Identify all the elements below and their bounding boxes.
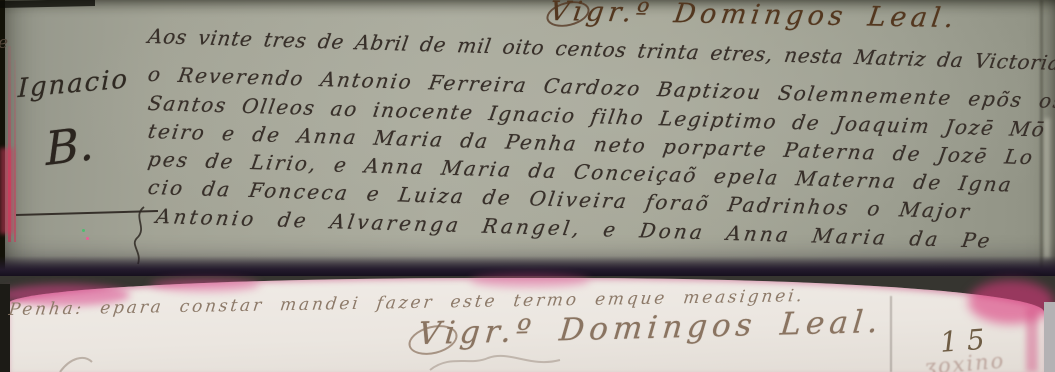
scan-artifact-speck (82, 229, 85, 232)
pink-edge-stain-3 (470, 274, 590, 288)
pink-right-edge (1026, 308, 1038, 372)
scan-artifact-speck-2 (86, 237, 89, 240)
margin-stray-mark: e (0, 33, 8, 53)
scan-background-strip (1044, 302, 1055, 372)
pink-corner-stain (968, 280, 1054, 324)
cutoff-writing-fragments (0, 340, 700, 372)
page-curl-highlight (1044, 118, 1050, 258)
vertical-fold-line (890, 296, 892, 372)
pink-edge-stain-2 (150, 278, 260, 292)
register-page-top: Vigr.º Domingos Leal. e Ignacio B. Aos v… (0, 0, 1055, 276)
red-ink-smudge (0, 148, 14, 234)
margin-baptism-initial: B. (44, 116, 95, 176)
scanned-register-image: Vigr.º Domingos Leal. e Ignacio B. Aos v… (0, 0, 1055, 372)
